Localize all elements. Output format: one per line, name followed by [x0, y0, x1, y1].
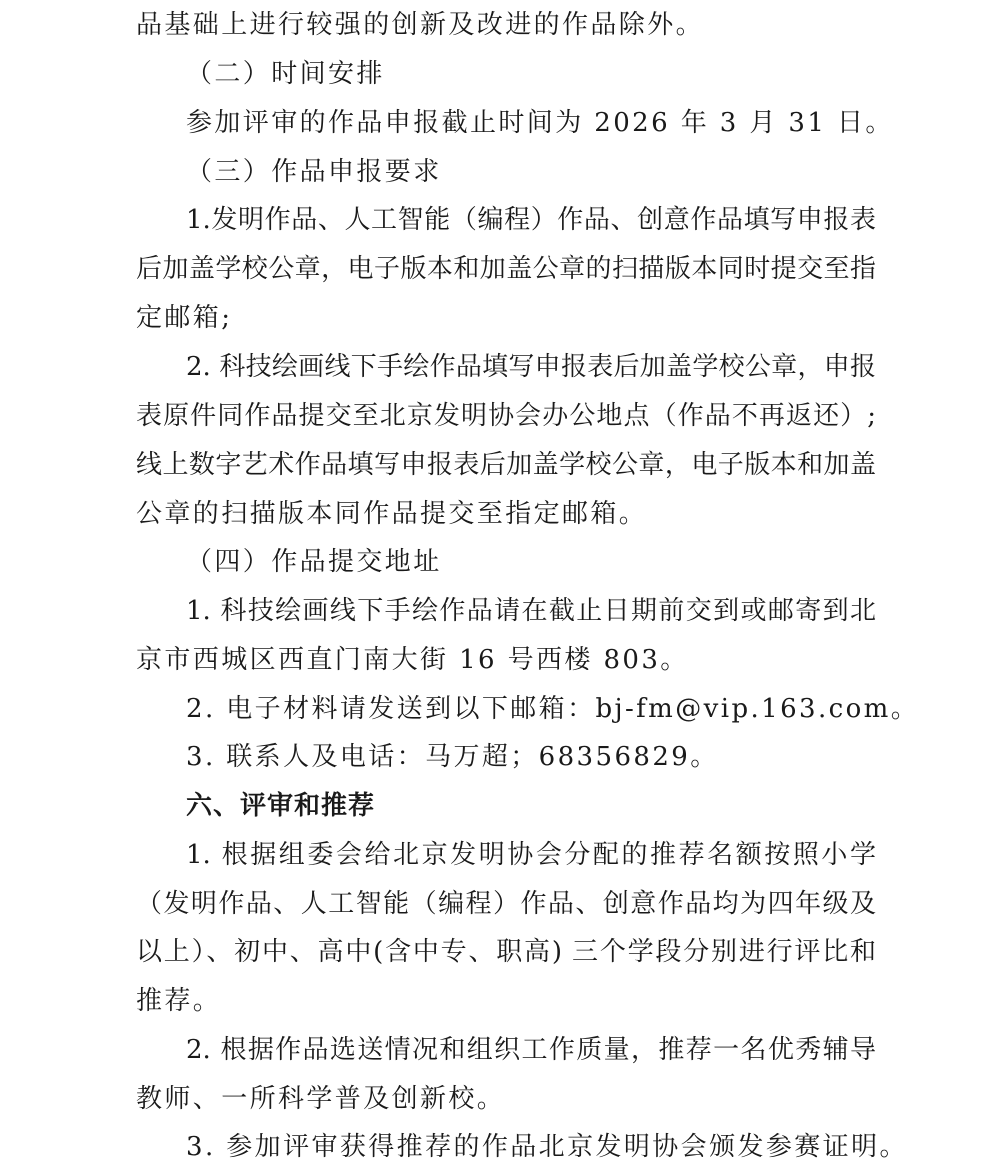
address-item-1-line-2: 京市西城区西直门南大街 16 号西楼 803。	[136, 643, 876, 677]
requirement-1-line-2: 后加盖学校公章，电子版本和加盖公章的扫描版本同时提交至指	[136, 252, 876, 286]
deadline-text: 参加评审的作品申报截止时间为 2026 年 3 月 31 日。	[186, 106, 926, 140]
requirement-2-line-1: 2. 科技绘画线下手绘作品填写申报表后加盖学校公章，申报	[186, 350, 876, 384]
address-item-1-line-1: 1. 科技绘画线下手绘作品请在截止日期前交到或邮寄到北	[186, 594, 876, 628]
email-item: 2. 电子材料请发送到以下邮箱：bj-fm@vip.163.com。	[186, 692, 926, 726]
review-item-1-line-4: 推荐。	[136, 984, 876, 1018]
review-item-1-line-1: 1. 根据组委会给北京发明协会分配的推荐名额按照小学	[186, 838, 876, 872]
contact-item: 3. 联系人及电话：马万超；68356829。	[186, 740, 926, 774]
requirement-1-line-1: 1.发明作品、人工智能（编程）作品、创意作品填写申报表	[186, 203, 876, 237]
requirement-1-line-3: 定邮箱;	[136, 301, 876, 335]
requirement-2-line-4: 公章的扫描版本同作品提交至指定邮箱。	[136, 497, 876, 531]
review-item-1-line-2: （发明作品、人工智能（编程）作品、创意作品均为四年级及	[136, 887, 876, 921]
review-item-3: 3. 参加评审获得推荐的作品北京发明协会颁发参赛证明。	[186, 1130, 926, 1164]
section-heading-review-recommendation: 六、评审和推荐	[186, 789, 926, 823]
requirement-2-line-2: 表原件同作品提交至北京发明协会办公地点（作品不再返还）;	[136, 399, 876, 433]
review-item-2-line-1: 2. 根据作品选送情况和组织工作质量，推荐一名优秀辅导	[186, 1033, 876, 1067]
paragraph-line-continuation: 品基础上进行较强的创新及改进的作品除外。	[136, 8, 876, 42]
subheading-submission-requirements: （三）作品申报要求	[186, 155, 926, 189]
review-item-1-line-3: 以上）、初中、高中(含中专、职高) 三个学段分别进行评比和	[136, 935, 876, 969]
subheading-schedule: （二）时间安排	[186, 57, 926, 91]
document-page: 品基础上进行较强的创新及改进的作品除外。 （二）时间安排 参加评审的作品申报截止…	[0, 0, 1000, 1165]
review-item-2-line-2: 教师、一所科学普及创新校。	[136, 1082, 876, 1116]
requirement-2-line-3: 线上数字艺术作品填写申报表后加盖学校公章，电子版本和加盖	[136, 448, 876, 482]
subheading-submission-address: （四）作品提交地址	[186, 545, 926, 579]
